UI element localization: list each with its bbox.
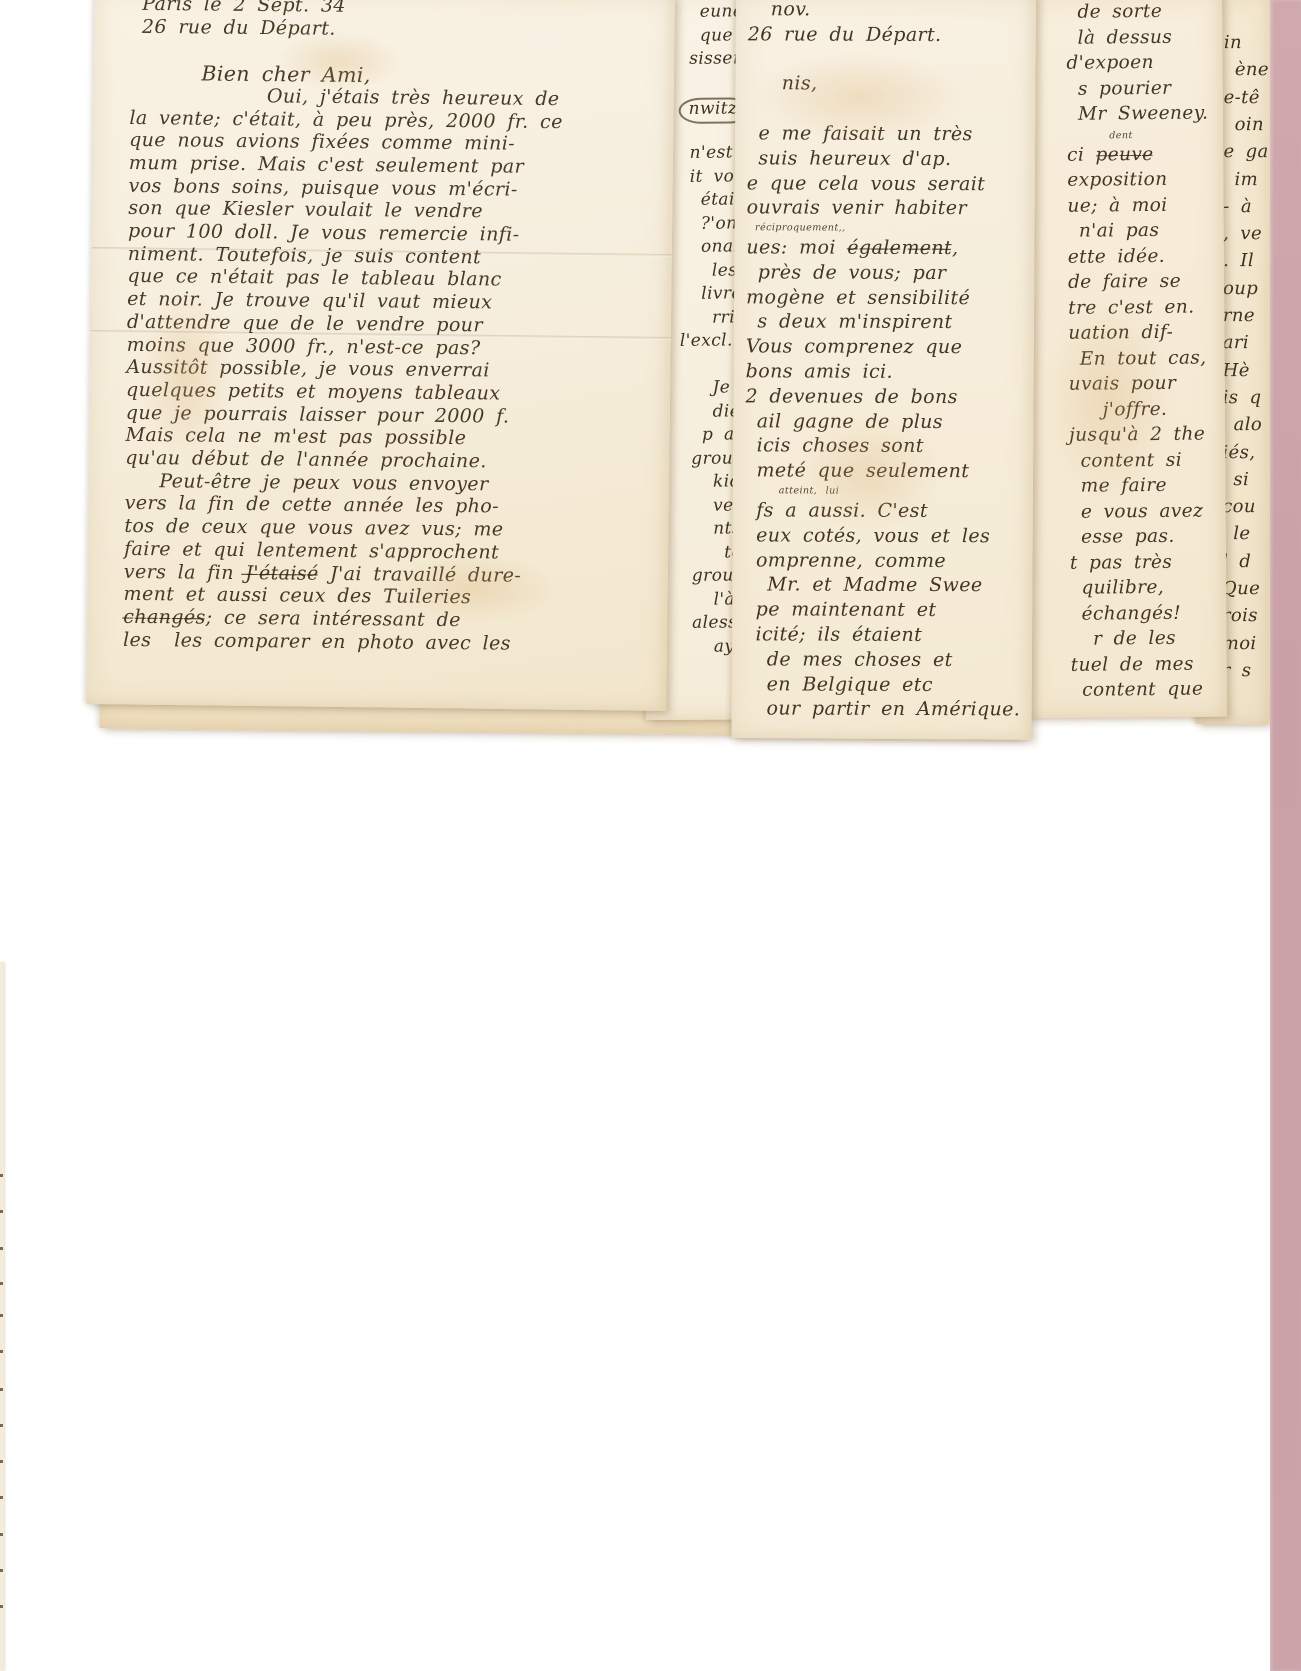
handwriting-line: là dessus xyxy=(1066,28,1172,48)
handwriting-line: moi xyxy=(1222,635,1257,653)
handwriting-line: Vous comprenez que xyxy=(746,338,962,358)
handwriting-line: les xyxy=(679,262,737,279)
handwriting-line: moins que 3000 fr., n'est-ce pas? xyxy=(127,335,481,357)
handwriting-line: d'attendre que de le vendre pour xyxy=(127,313,483,335)
handwriting-line: ail gagne de plus xyxy=(745,412,943,432)
handwriting-line: Oui, j'étais très heureux de xyxy=(130,86,560,109)
handwriting-line: atteint, lui xyxy=(745,486,839,496)
handwriting-line: ette idée. xyxy=(1068,248,1165,267)
handwriting-line: que xyxy=(678,27,733,44)
handwriting-line: niment. Toutefois, je suis content xyxy=(128,245,482,267)
handwriting-line: près de vous; par xyxy=(746,263,946,283)
handwriting-line: nov. xyxy=(748,0,811,19)
handwriting-line: ari xyxy=(1223,334,1249,352)
handwriting-line: 26 rue du Départ. xyxy=(748,25,942,45)
handwriting-line: ues: moi é̶g̶a̶l̶e̶m̶e̶n̶t̶, xyxy=(746,238,958,258)
handwriting-line: tre c'est en. xyxy=(1068,298,1194,318)
handwriting-line: tuel de mes xyxy=(1071,655,1194,675)
handwriting-line: de sorte xyxy=(1066,3,1162,22)
handwriting-line: qu'au début de l'année prochaine. xyxy=(125,449,487,471)
handwriting-line: l'à xyxy=(681,591,735,608)
letter-page-c: nov.26 rue du Départ. nis, e me faisait … xyxy=(731,0,1036,740)
handwriting-line: mum prise. Mais c'est seulement par xyxy=(129,154,524,177)
handwriting-line: bons amis ici. xyxy=(746,362,893,382)
handwriting-line: l'excl. xyxy=(680,332,733,349)
handwriting-line: im xyxy=(1223,171,1258,189)
handwriting-line: ?'on xyxy=(679,215,737,232)
handwriting-line: oup xyxy=(1223,280,1258,298)
handwriting-line: Peut-être je peux vous envoyer xyxy=(125,472,489,494)
handwriting-line: is q xyxy=(1223,389,1262,407)
ink-speck xyxy=(0,1210,3,1213)
pink-margin-band xyxy=(1270,0,1301,1671)
letter-page-d: de sorte là dessusd'expoen s pourier Mr … xyxy=(1020,0,1227,718)
handwriting-line: ène xyxy=(1224,61,1269,79)
ink-speck xyxy=(0,1424,3,1427)
handwriting-line: oin xyxy=(1224,116,1265,134)
handwriting-line: onal xyxy=(679,238,739,255)
handwriting-line: eune xyxy=(678,3,743,21)
handwriting-line: l d xyxy=(1222,553,1251,571)
handwriting-line: e que cela vous serait xyxy=(747,174,985,194)
handwriting-line: vos bons soins, puisque vous m'écri- xyxy=(128,177,517,200)
handwriting-line: pour 100 doll. Je vous remercie infi- xyxy=(128,222,520,245)
handwriting-line: Bien cher Ami, xyxy=(130,63,371,86)
handwriting-line: fs a aussi. C'est xyxy=(745,501,928,521)
handwriting-line: content que xyxy=(1071,681,1204,701)
handwriting-line: en Belgique etc xyxy=(744,675,933,695)
handwriting-line: uvais pour xyxy=(1069,375,1177,395)
handwriting-line: e-tê xyxy=(1224,89,1260,107)
ink-speck xyxy=(0,1533,3,1536)
handwriting-line: content si xyxy=(1069,452,1182,472)
handwriting-line: tos de ceux que vous avez vus; me xyxy=(124,517,503,540)
handwriting-line: d'expoen xyxy=(1066,54,1154,73)
ink-speck xyxy=(0,1460,3,1463)
handwriting-line: jusqu'à 2 the xyxy=(1069,426,1205,446)
handwriting-line: que nous avions fixées comme mini- xyxy=(129,131,515,154)
handwriting-line: t pas très xyxy=(1070,554,1172,573)
handwriting-line: . Il xyxy=(1223,253,1254,271)
handwriting-line: mogène et sensibilité xyxy=(746,288,970,308)
handwriting-line: e vous avez xyxy=(1070,502,1204,522)
handwriting-line: 26 rue du Départ. xyxy=(130,17,335,38)
handwriting-line: ment et aussi ceux des Tuileries xyxy=(124,585,472,607)
ink-speck xyxy=(0,1388,3,1391)
handwriting-line: rois xyxy=(1222,607,1258,625)
handwriting-line: j'offre. xyxy=(1069,401,1168,420)
ink-speck xyxy=(0,1605,3,1608)
handwriting-line: Mais cela ne m'est pas possible xyxy=(125,426,466,448)
handwriting-line: die xyxy=(680,403,740,420)
handwriting-line: alo xyxy=(1222,416,1262,434)
handwriting-line: e me faisait un très xyxy=(747,124,973,144)
handwriting-line: esse pas. xyxy=(1070,528,1175,548)
handwriting-line: Aussitôt possible, je vous enverrai xyxy=(126,358,490,380)
handwriting-line: vers la fin J̶'̶é̶t̶a̶i̶s̶é̶ J'ai travai… xyxy=(124,562,521,585)
handwriting-line: eux cotés, vous et les xyxy=(745,526,991,546)
handwriting-line: in xyxy=(1224,34,1242,52)
handwriting-line: iés, xyxy=(1222,444,1255,462)
handwriting-line: En tout cas, xyxy=(1068,349,1206,369)
handwriting-line: réciproquement,, xyxy=(747,223,846,233)
handwriting-line: Je xyxy=(680,379,730,396)
handwriting-line: icité; ils étaient xyxy=(744,625,922,645)
handwriting-line: dent xyxy=(1067,131,1133,141)
handwriting-line: ci p̶e̶u̶v̶e̶ xyxy=(1067,146,1154,165)
handwriting-line: la vente; c'était, à peu près, 2000 fr. … xyxy=(129,108,563,131)
handwriting-line: cou xyxy=(1222,498,1256,516)
ink-speck xyxy=(0,1496,3,1499)
ink-speck xyxy=(0,1174,3,1177)
handwriting-line: - à xyxy=(1223,198,1252,216)
handwriting-line: s deux m'inspirent xyxy=(746,313,953,333)
handwriting-line: rne xyxy=(1223,307,1255,325)
handwriting-line: me faire xyxy=(1069,477,1167,496)
left-edge-paper-sliver xyxy=(0,962,4,1671)
handwriting-line: quelques petits et moyens tableaux xyxy=(126,381,501,404)
handwriting-line: e ga xyxy=(1223,143,1268,161)
handwriting-line: omprenne, comme xyxy=(744,551,946,571)
ink-speck xyxy=(0,1282,3,1285)
ink-speck xyxy=(0,1314,3,1317)
ink-speck xyxy=(0,1569,3,1572)
handwriting-line: Paris le 2 Sept. 34 xyxy=(131,0,346,16)
handwriting-line: livre xyxy=(680,285,742,302)
handwriting-line: sissen xyxy=(678,50,744,68)
handwriting-line: de mes choses et xyxy=(744,650,953,670)
letters-photograph: in ènee-tê oine ga im- à, ve. Ilouprnear… xyxy=(0,0,1301,1671)
handwriting-line: s pourier xyxy=(1067,79,1172,99)
handwriting-line: quilibre, xyxy=(1070,579,1164,598)
handwriting-line: et noir. Je trouve qu'il vaut mieux xyxy=(127,290,492,313)
handwriting-line: Mr. et Madme Swee xyxy=(744,576,982,596)
handwriting-line: 2 devenues de bons xyxy=(745,387,957,407)
handwriting-line: exposition xyxy=(1067,171,1167,190)
handwriting-line: icis choses sont xyxy=(745,437,924,457)
handwriting-line: uation dif- xyxy=(1068,324,1173,344)
ink-speck xyxy=(0,1350,3,1353)
handwriting-line: r de les xyxy=(1070,630,1176,650)
letter-page-a: Paris le 2 Sept. 34 26 rue du Départ. Bi… xyxy=(86,0,675,711)
handwriting-line: si xyxy=(1222,471,1249,489)
handwriting-line: Que xyxy=(1222,580,1260,598)
handwriting-line: de faire se xyxy=(1068,273,1181,293)
handwriting-line: ue; à moi xyxy=(1067,197,1167,216)
ink-speck xyxy=(0,1247,3,1250)
handwriting-line: n'ai pas xyxy=(1068,222,1160,241)
handwriting-line: our partir en Amérique. xyxy=(744,700,1021,720)
handwriting-line: faire et qui lentement s'approchent xyxy=(124,540,499,563)
handwriting-line: son que Kiesler voulait le vendre xyxy=(128,199,483,221)
handwriting-line: le xyxy=(1222,526,1250,544)
handwriting-line: suis heureux d'ap. xyxy=(747,149,952,169)
handwriting-line: nis, xyxy=(747,75,817,94)
handwriting-line: Mr Sweeney. xyxy=(1067,105,1209,125)
handwriting-line: était xyxy=(679,191,742,208)
handwriting-line: que ce n'était pas le tableau blanc xyxy=(127,267,501,290)
handwriting-line: , ve xyxy=(1223,225,1262,243)
handwriting-line: les les comparer en photo avec les xyxy=(123,630,511,653)
handwriting-line: ouvrais venir habiter xyxy=(747,199,967,219)
handwriting-line: vers la fin de cette année les pho- xyxy=(125,494,499,517)
handwriting-line: c̶h̶a̶n̶g̶é̶s̶; ce sera intéressant de xyxy=(123,608,461,630)
handwriting-line: échangés! xyxy=(1070,605,1181,625)
handwriting-line: Hè xyxy=(1223,362,1250,380)
handwriting-line: meté que seulement xyxy=(745,462,969,482)
handwriting-line: pe maintenant et xyxy=(744,600,936,620)
handwriting-line: que je pourrais laisser pour 2000 f. xyxy=(126,404,510,427)
